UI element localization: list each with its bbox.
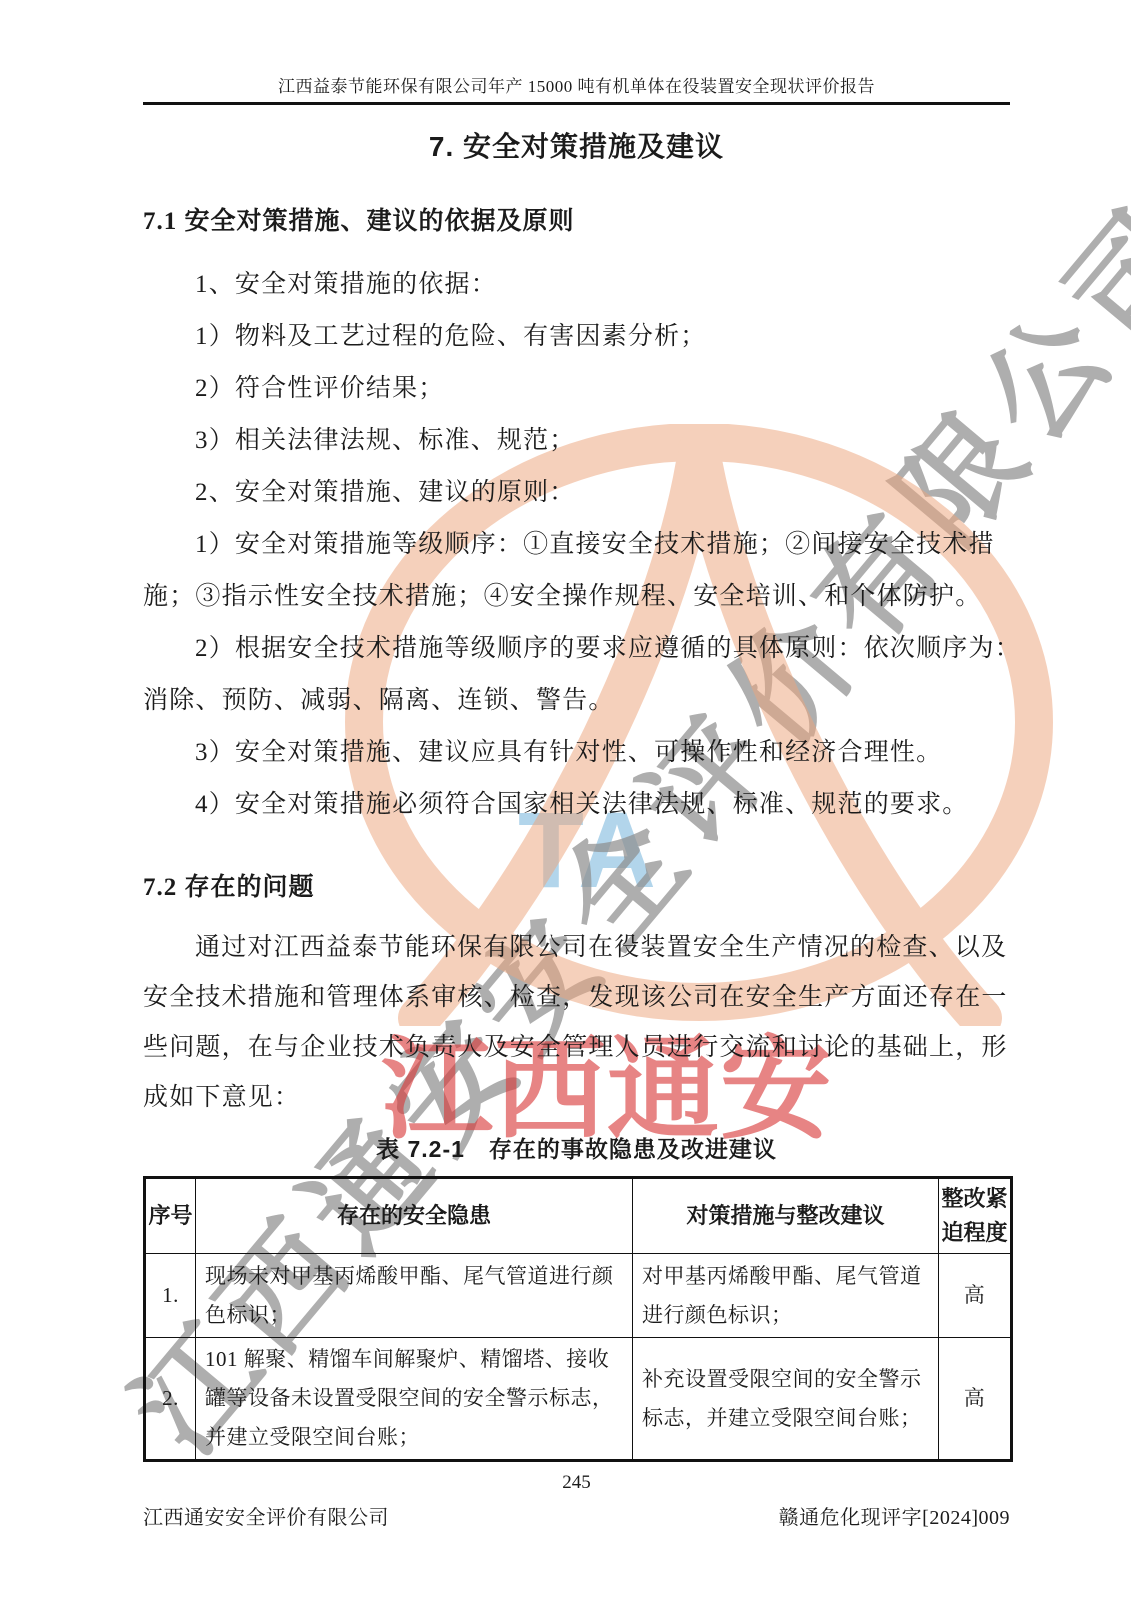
- page-footer: 江西通安安全评价有限公司 赣通危化现评字[2024]009: [143, 1501, 1010, 1530]
- header-title: 江西益泰节能环保有限公司年产 15000 吨有机单体在役装置安全现状评价报告: [278, 72, 875, 97]
- column-header-no: 序号: [145, 1178, 196, 1254]
- footer-company: 江西通安安全评价有限公司: [143, 1501, 389, 1530]
- body-line: 2、安全对策措施、建议的原则：: [143, 467, 1010, 519]
- row-number-cell: 2.: [145, 1338, 196, 1461]
- body-line: 1、安全对策措施的依据：: [143, 259, 1010, 311]
- footer-doc-number: 赣通危化现评字[2024]009: [779, 1501, 1010, 1530]
- section-71-heading: 7.1 安全对策措施、建议的依据及原则: [143, 201, 1010, 237]
- table-header-row: 序号 存在的安全隐患 对策措施与整改建议 整改紧迫程度: [145, 1178, 1012, 1254]
- body-line: 3）相关法律法规、标准、规范；: [143, 415, 1010, 467]
- body-line: 1）安全对策措施等级顺序：①直接安全技术措施；②间接安全技术措: [143, 519, 1010, 571]
- table-row: 1. 现场未对甲基丙烯酸甲酯、尾气管道进行颜色标识； 对甲基丙烯酸甲酯、尾气管道…: [145, 1254, 1012, 1338]
- measure-cell: 对甲基丙烯酸甲酯、尾气管道进行颜色标识；: [633, 1254, 939, 1338]
- urgency-cell: 高: [939, 1338, 1012, 1461]
- hazards-table: 序号 存在的安全隐患 对策措施与整改建议 整改紧迫程度 1. 现场未对甲基丙烯酸…: [143, 1176, 1013, 1462]
- body-line: 2）根据安全技术措施等级顺序的要求应遵循的具体原则：依次顺序为：: [143, 623, 1010, 675]
- section-72-body: 通过对江西益泰节能环保有限公司在役装置安全生产情况的检查、以及 安全技术措施和管…: [143, 923, 1010, 1123]
- body-line: 成如下意见：: [143, 1073, 1010, 1123]
- section-72-heading: 7.2 存在的问题: [143, 867, 1010, 903]
- body-line: 消除、预防、减弱、隔离、连锁、警告。: [143, 675, 1010, 727]
- chapter-title: 7. 安全对策措施及建议: [143, 125, 1010, 165]
- column-header-hazard: 存在的安全隐患: [196, 1178, 633, 1254]
- column-header-urgency: 整改紧迫程度: [939, 1178, 1012, 1254]
- table-row: 2. 101 解聚、精馏车间解聚炉、精馏塔、接收罐等设备未设置受限空间的安全警示…: [145, 1338, 1012, 1461]
- page-header: 江西益泰节能环保有限公司年产 15000 吨有机单体在役装置安全现状评价报告: [143, 0, 1010, 105]
- body-line: 3）安全对策措施、建议应具有针对性、可操作性和经济合理性。: [143, 727, 1010, 779]
- body-line: 2）符合性评价结果；: [143, 363, 1010, 415]
- hazard-cell: 101 解聚、精馏车间解聚炉、精馏塔、接收罐等设备未设置受限空间的安全警示标志，…: [196, 1338, 633, 1461]
- body-line: 1）物料及工艺过程的危险、有害因素分析；: [143, 311, 1010, 363]
- hazard-cell: 现场未对甲基丙烯酸甲酯、尾气管道进行颜色标识；: [196, 1254, 633, 1338]
- body-line: 施；③指示性安全技术措施；④安全操作规程、安全培训、和个体防护。: [143, 571, 1010, 623]
- page-content: 江西益泰节能环保有限公司年产 15000 吨有机单体在役装置安全现状评价报告 7…: [0, 0, 1131, 1530]
- page-number: 245: [143, 1472, 1010, 1494]
- body-line: 通过对江西益泰节能环保有限公司在役装置安全生产情况的检查、以及: [143, 923, 1010, 973]
- urgency-cell: 高: [939, 1254, 1012, 1338]
- section-71-body: 1、安全对策措施的依据： 1）物料及工艺过程的危险、有害因素分析； 2）符合性评…: [143, 259, 1010, 831]
- document-page: TA 江西通安安全评价有限公司 江西通安 江西益泰节能环保有限公司年产 1500…: [0, 0, 1131, 1600]
- body-line: 安全技术措施和管理体系审核、检查，发现该公司在安全生产方面还存在一: [143, 973, 1010, 1023]
- body-line: 4）安全对策措施必须符合国家相关法律法规、标准、规范的要求。: [143, 779, 1010, 831]
- body-line: 些问题，在与企业技术负责人及安全管理人员进行交流和讨论的基础上，形: [143, 1023, 1010, 1073]
- column-header-measure: 对策措施与整改建议: [633, 1178, 939, 1254]
- measure-cell: 补充设置受限空间的安全警示标志，并建立受限空间台账；: [633, 1338, 939, 1461]
- row-number-cell: 1.: [145, 1254, 196, 1338]
- table-caption: 表 7.2-1 存在的事故隐患及改进建议: [143, 1131, 1010, 1164]
